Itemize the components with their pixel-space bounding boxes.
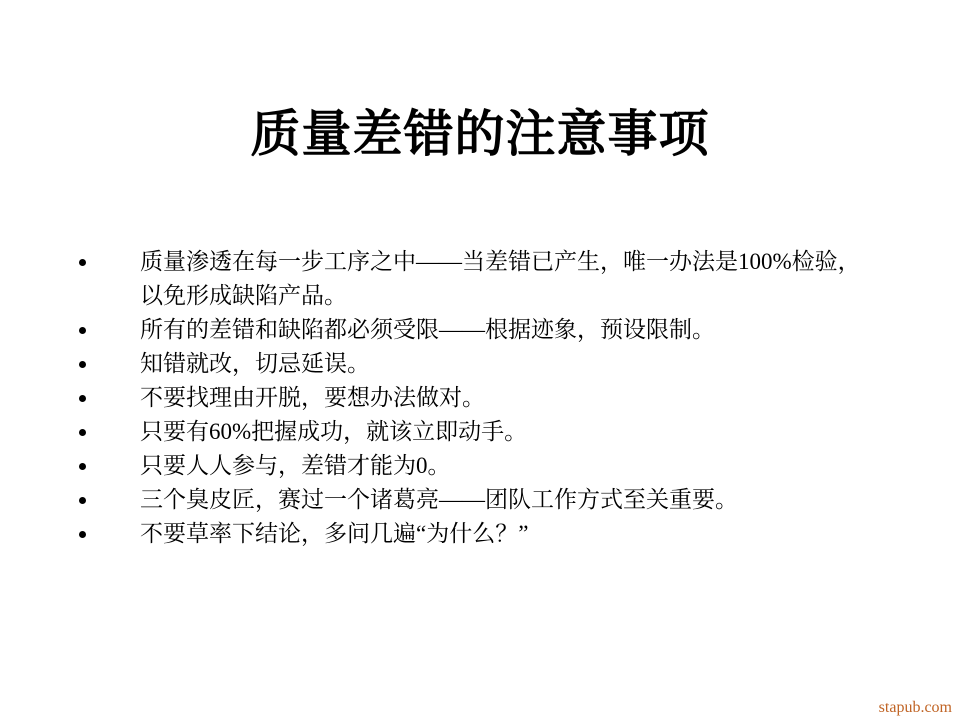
bullet-item: 质量渗透在每一步工序之中——当差错已产生，唯一办法是100%检验，以免形成缺陷产… — [72, 245, 868, 313]
bullet-item: 只要有60%把握成功，就该立即动手。 — [72, 415, 868, 449]
bullet-item: 知错就改，切忌延误。 — [72, 347, 868, 381]
bullet-dot-icon — [79, 531, 86, 538]
bullet-list: 质量渗透在每一步工序之中——当差错已产生，唯一办法是100%检验，以免形成缺陷产… — [72, 245, 868, 551]
bullet-text: 所有的差错和缺陷都必须受限——根据迹象，预设限制。 — [140, 317, 715, 342]
bullet-text: 三个臭皮匠，赛过一个诸葛亮——团队工作方式至关重要。 — [140, 487, 738, 512]
slide-title: 质量差错的注意事项 — [0, 103, 960, 165]
bullet-text: 不要草率下结论，多问几遍“为什么？” — [140, 521, 528, 546]
watermark: stapub.com — [879, 699, 952, 717]
bullet-dot-icon — [79, 429, 86, 436]
bullet-item: 不要草率下结论，多问几遍“为什么？” — [72, 517, 868, 551]
slide: 质量差错的注意事项 质量渗透在每一步工序之中——当差错已产生，唯一办法是100%… — [0, 0, 960, 720]
bullet-text: 不要找理由开脱，要想办法做对。 — [140, 385, 485, 410]
bullet-dot-icon — [79, 463, 86, 470]
bullet-text: 只要人人参与，差错才能为0。 — [140, 453, 451, 478]
bullet-text: 质量渗透在每一步工序之中——当差错已产生，唯一办法是100%检验，以免形成缺陷产… — [140, 249, 861, 308]
bullet-dot-icon — [79, 327, 86, 334]
bullet-dot-icon — [79, 361, 86, 368]
bullet-text: 只要有60%把握成功，就该立即动手。 — [140, 419, 527, 444]
bullet-dot-icon — [79, 395, 86, 402]
bullet-dot-icon — [79, 497, 86, 504]
bullet-text: 知错就改，切忌延误。 — [140, 351, 370, 376]
bullet-dot-icon — [79, 259, 86, 266]
bullet-item: 不要找理由开脱，要想办法做对。 — [72, 381, 868, 415]
bullet-item: 所有的差错和缺陷都必须受限——根据迹象，预设限制。 — [72, 313, 868, 347]
bullet-item: 只要人人参与，差错才能为0。 — [72, 449, 868, 483]
bullet-item: 三个臭皮匠，赛过一个诸葛亮——团队工作方式至关重要。 — [72, 483, 868, 517]
